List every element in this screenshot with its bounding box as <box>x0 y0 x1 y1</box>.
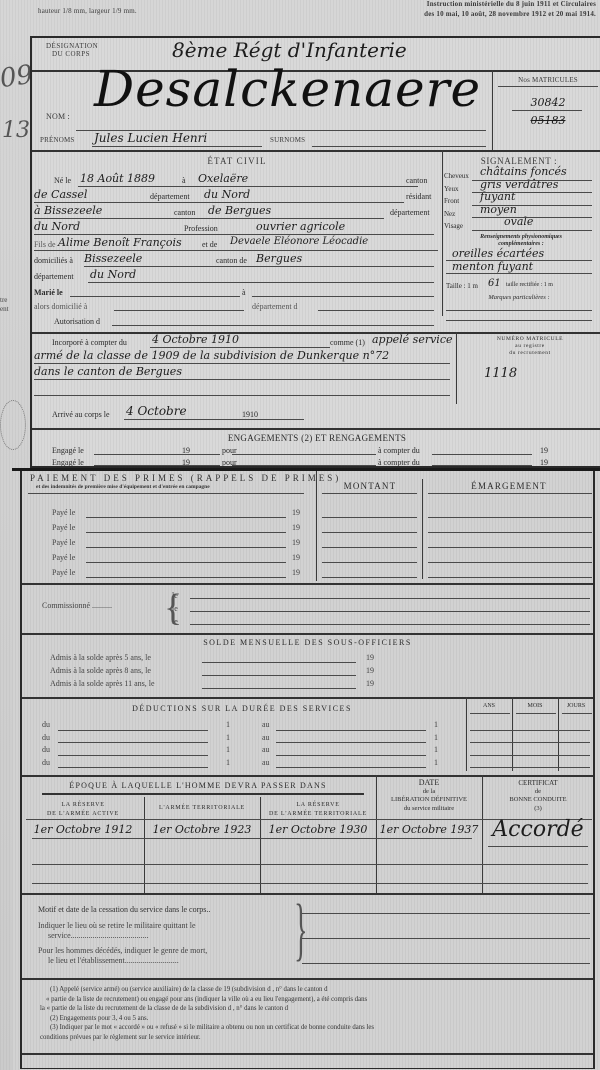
divider <box>22 633 593 635</box>
col1-label-1: LA RÉSERVE <box>22 801 144 810</box>
year: 1 <box>434 719 438 732</box>
surnoms-label: SURNOMS <box>270 136 305 144</box>
line <box>470 730 590 731</box>
line <box>232 454 376 455</box>
line <box>470 742 590 743</box>
line <box>472 205 592 206</box>
profession-value: ouvrier agricole <box>256 220 345 233</box>
divider <box>422 479 423 579</box>
line <box>472 217 592 218</box>
brace-icon: { <box>164 589 182 627</box>
canton-label-2: canton <box>174 208 195 217</box>
primes-title: PAIEMENT DES PRIMES (Rappels de primes) <box>30 473 341 483</box>
lieu-label-2: service.................................… <box>38 931 196 941</box>
divider <box>22 1053 593 1055</box>
signalement-values: châtains foncés gris verdâtres fuyant mo… <box>480 166 567 229</box>
taille-value: 61 <box>488 278 501 289</box>
designation-label-1: DÉSIGNATION <box>46 42 96 50</box>
line <box>86 577 286 578</box>
au-label: au <box>262 744 270 757</box>
matricule-label: Nos MATRICULES <box>494 76 600 84</box>
line <box>86 532 286 533</box>
ne-line <box>78 186 418 187</box>
note-1c: la « partie de la liste du recrutement d… <box>40 1004 590 1014</box>
et-de-label: et de <box>202 240 217 249</box>
paye-label: Payé le <box>52 538 75 547</box>
line <box>58 730 208 731</box>
paye-label: Payé le <box>52 523 75 532</box>
date-label: DATE de la LIBÉRATION DÉFINITIVE du serv… <box>376 779 482 813</box>
pour-label: pour <box>222 457 237 469</box>
line <box>318 310 434 311</box>
line <box>276 767 426 768</box>
arrive-label: Arrivé au corps le <box>52 410 110 419</box>
line <box>428 532 592 533</box>
engagement-row: Engagé le 19 pour à compter du 19 <box>52 457 592 469</box>
margin-stamp: tre ent <box>0 296 9 314</box>
year: 19 <box>540 457 548 469</box>
line <box>446 310 592 311</box>
brace-icon: } <box>294 895 307 965</box>
year: 1 <box>226 719 230 732</box>
matricule-1: 30842 <box>494 96 600 109</box>
divider <box>32 428 600 430</box>
pere-value: Alime Benoît François <box>58 236 182 249</box>
line <box>302 913 590 914</box>
departement-label-4: département d <box>252 302 298 311</box>
note-1b: « partie de la liste de recrutement) ou … <box>40 995 590 1005</box>
line <box>190 624 590 625</box>
line <box>34 202 404 203</box>
departement-label: département <box>150 192 190 201</box>
yeux-label: Yeux <box>444 183 469 196</box>
year: 1 <box>226 732 230 745</box>
du-label: du <box>42 720 50 729</box>
nom-label: NOM : <box>46 112 70 121</box>
header-right-note-2: des 10 mai, 10 août, 28 novembre 1912 et… <box>424 10 596 18</box>
col2-label: L'ARMÉE TERRITORIALE <box>144 805 260 811</box>
line <box>472 180 592 181</box>
line <box>86 562 286 563</box>
line <box>446 273 592 274</box>
line <box>114 310 244 311</box>
ans-label: ANS <box>466 703 512 709</box>
emargement-label: ÉMARGEMENT <box>424 481 594 491</box>
line <box>252 296 434 297</box>
canton-label-3: canton de <box>216 256 247 265</box>
line <box>428 577 592 578</box>
year: 19 <box>182 457 190 469</box>
line <box>202 662 356 663</box>
departement-label-3: département <box>34 272 74 281</box>
line <box>70 296 240 297</box>
date-value: 1er Octobre 1937 <box>376 823 482 836</box>
divider <box>22 978 593 980</box>
line <box>302 938 590 939</box>
note-2: (2) Engagements pour 3, 4 ou 5 ans. <box>40 1014 590 1024</box>
line <box>150 347 330 348</box>
epoque-title: ÉPOQUE À LAQUELLE L'HOMME DEVRA PASSER D… <box>22 781 374 790</box>
domicilies-label: domiciliés à <box>34 256 73 265</box>
line <box>446 320 592 321</box>
a-label: à <box>182 176 186 185</box>
certificat-label-2: de <box>482 788 594 797</box>
margin-number-mid: 13 <box>2 118 30 143</box>
date-label-2: de la <box>376 788 482 797</box>
line <box>34 395 450 396</box>
a-label-2: à <box>242 288 246 297</box>
year: 1 <box>226 744 230 757</box>
line <box>34 218 384 219</box>
line <box>86 547 286 548</box>
col3-label-1: LA RÉSERVE <box>260 801 376 810</box>
complement-label-1: Renseignements physionomiques <box>446 234 596 241</box>
solde-title: SOLDE MENSUELLE DES SOUS-OFFICIERS <box>22 638 593 647</box>
deductions-rows: du1au1 du1au1 du1au1 du1au1 <box>42 719 462 769</box>
departement-naissance: du Nord <box>204 188 250 201</box>
certificat-label-4: (3) <box>482 805 594 814</box>
departement-residence: du Nord <box>34 220 80 233</box>
divider <box>22 583 593 585</box>
line <box>302 963 590 964</box>
du-label: du <box>42 758 50 767</box>
line <box>94 465 220 466</box>
du-label: du <box>42 745 50 754</box>
line <box>432 465 532 466</box>
line <box>202 688 356 689</box>
line <box>322 577 417 578</box>
col1-label-2: DE L'ARMÉE ACTIVE <box>22 810 144 819</box>
line <box>58 755 208 756</box>
resident-label: résidant <box>406 192 431 201</box>
domicile-value: Bissezeele <box>84 252 142 265</box>
solde-rows: Admis à la solde après 5 ans, le19 Admis… <box>50 651 410 690</box>
year: 19 <box>292 535 300 550</box>
line <box>34 250 438 251</box>
document-page: hauteur 1/8 mm, largeur 1/9 mm. Instruct… <box>0 0 600 1070</box>
line <box>84 266 434 267</box>
line <box>488 846 588 847</box>
incorpore-date: 4 Octobre 1910 <box>152 333 239 346</box>
divider <box>442 150 443 316</box>
registre-label-2: au registre <box>458 343 600 350</box>
col3-label: LA RÉSERVE DE L'ARMÉE TERRITORIALE <box>260 801 376 819</box>
date-label-1: DATE <box>376 779 482 788</box>
certificat-label-1: CERTIFICAT <box>482 779 594 788</box>
header-left-note: hauteur 1/8 mm, largeur 1/9 mm. <box>38 7 137 15</box>
col3-value: 1er Octobre 1930 <box>260 823 376 836</box>
col2-value: 1er Octobre 1923 <box>144 823 260 836</box>
col1-value: 1er Octobre 1912 <box>22 823 144 836</box>
line <box>86 517 286 518</box>
year: 1 <box>226 757 230 770</box>
ne-le-label: Né le <box>54 176 71 185</box>
col3-label-2: DE L'ARMÉE TERRITORIALE <box>260 810 376 819</box>
taille-label: Taille : 1 m <box>446 282 478 290</box>
paye-label: Payé le <box>52 568 75 577</box>
bottom-frame: PAIEMENT DES PRIMES (Rappels de primes) … <box>20 471 595 1069</box>
year: 19 <box>292 565 300 580</box>
line <box>472 192 592 193</box>
mois-label: MOIS <box>512 703 558 709</box>
registre-label: NUMÉRO MATRICULE au registre du recrutem… <box>458 336 600 357</box>
divider <box>492 70 493 150</box>
line <box>428 493 592 494</box>
line <box>190 598 590 599</box>
paye-label: Payé le <box>52 553 75 562</box>
canton-naissance: de Cassel <box>34 188 87 201</box>
engage-label: Engagé le <box>52 446 84 455</box>
motif-label: Motif et date de la cessation du service… <box>38 905 210 914</box>
year: 19 <box>366 677 374 690</box>
fils-label: Fils de <box>34 240 56 249</box>
line <box>58 767 208 768</box>
ne-le-value: 18 Août 1889 <box>80 172 155 185</box>
line <box>32 883 588 884</box>
line <box>432 454 532 455</box>
canton-residence: de Bergues <box>208 204 271 217</box>
line <box>112 325 434 326</box>
divider <box>22 775 593 777</box>
matricule-2: 05183 <box>494 114 600 127</box>
canton-label: canton <box>406 176 427 185</box>
incorporation-line-2: armé de la classe de 1909 de la subdivis… <box>34 349 389 362</box>
arrive-year: 1910 <box>242 410 258 419</box>
engagements-title: ENGAGEMENTS (2) ET RENGAGEMENTS <box>32 433 600 443</box>
lieu-naissance: Oxelaëre <box>198 172 248 185</box>
line <box>276 742 426 743</box>
arrive-date: 4 Octobre <box>126 404 187 418</box>
line <box>34 234 434 235</box>
line <box>34 379 450 380</box>
prenoms-value: Jules Lucien Henri <box>94 131 207 145</box>
comme-value: appelé service <box>372 333 453 346</box>
incorpore-label: Incorporé à compter du <box>52 338 127 347</box>
comme-label: comme (1) <box>330 338 365 347</box>
autorisation-label: Autorisation d <box>54 317 100 326</box>
deces-label-1: Pour les hommes décédés, indiquer le gen… <box>38 946 207 956</box>
divider <box>498 86 598 87</box>
line <box>124 419 304 420</box>
year: 19 <box>366 651 374 664</box>
au-label: au <box>262 719 270 732</box>
complement-label: Renseignements physionomiques complément… <box>446 234 596 248</box>
note-1a: (1) Appelé (service armé) ou (service au… <box>40 985 590 995</box>
line <box>276 730 426 731</box>
line <box>470 755 590 756</box>
prenoms-line <box>92 146 262 147</box>
incorporation-line-3: dans le canton de Bergues <box>34 365 182 378</box>
complement-1: oreilles écartées <box>452 247 544 260</box>
date-label-4: du service militaire <box>376 805 482 814</box>
canton-domicile: Bergues <box>256 252 302 265</box>
jours-label: JOURS <box>558 703 594 709</box>
line <box>276 755 426 756</box>
top-sheet: DÉSIGNATION DU CORPS 8ème Régt d'Infante… <box>30 36 600 468</box>
designation-label-2: DU CORPS <box>46 50 96 58</box>
footnotes: (1) Appelé (service armé) ou (service au… <box>40 985 590 1042</box>
divider <box>456 332 457 404</box>
visage-label: Visage <box>444 220 469 233</box>
residence: à Bissezeele <box>34 204 102 217</box>
line <box>322 532 417 533</box>
col1-label: LA RÉSERVE DE L'ARMÉE ACTIVE <box>22 801 144 819</box>
au-label: au <box>262 757 270 770</box>
commissionne-label: Commissionné .......... <box>42 601 112 610</box>
year: 1 <box>434 732 438 745</box>
complement-2: menton fuyant <box>452 260 533 273</box>
line <box>232 465 376 466</box>
line <box>562 713 592 714</box>
cheveux-value: châtains foncés <box>480 166 567 179</box>
deces-label-2: le lieu et l'établissement..............… <box>38 956 207 966</box>
divider <box>144 797 145 893</box>
departement-label-2: département <box>390 208 430 217</box>
line <box>470 767 590 768</box>
divider <box>32 332 600 334</box>
year: 1 <box>434 757 438 770</box>
registre-number: 1118 <box>484 366 517 381</box>
front-label: Front <box>444 195 469 208</box>
alors-domicilie-label: alors domicilié à <box>34 302 87 311</box>
line <box>58 742 208 743</box>
divider <box>32 150 600 152</box>
designation-label: DÉSIGNATION DU CORPS <box>46 42 96 58</box>
registre-label-1: NUMÉRO MATRICULE <box>458 336 600 343</box>
marie-label: Marié le <box>34 288 63 297</box>
header-right-note-1: Instruction ministérielle du 8 juin 1911… <box>427 0 596 8</box>
line <box>28 493 304 494</box>
line <box>32 838 472 839</box>
line <box>428 547 592 548</box>
line <box>42 793 364 795</box>
compter-label: à compter du <box>378 457 420 469</box>
corps-name: 8ème Régt d'Infanterie <box>172 38 407 62</box>
date-label-3: LIBÉRATION DÉFINITIVE <box>376 796 482 805</box>
line <box>428 517 592 518</box>
line <box>322 493 417 494</box>
certificat-label: CERTIFICAT de BONNE CONDUITE (3) <box>482 779 594 813</box>
certificat-value: Accordé <box>482 817 594 842</box>
marques-label: Marques particulières : <box>446 294 592 301</box>
solde-label: Admis à la solde après 5 ans, le <box>50 653 151 662</box>
montant-label: MONTANT <box>318 481 422 491</box>
deductions-title: DÉDUCTIONS SUR LA DURÉE DES SERVICES <box>22 704 462 713</box>
lieu-label: Indiquer le lieu où se retire le militai… <box>38 921 196 941</box>
line <box>202 675 356 676</box>
line <box>470 713 510 714</box>
primes-subtitle: et des indemnités de première mise d'équ… <box>36 484 210 490</box>
line <box>428 562 592 563</box>
nom-value: Desalckenaere <box>94 60 481 118</box>
lieu-label-1: Indiquer le lieu où se retire le militai… <box>38 921 196 931</box>
year: 19 <box>540 445 548 457</box>
line <box>472 230 592 231</box>
au-label: au <box>262 732 270 745</box>
line <box>516 713 556 714</box>
year: 19 <box>292 550 300 565</box>
surnoms-line <box>312 146 486 147</box>
prenoms-label: PRÉNOMS <box>40 136 74 144</box>
line <box>322 517 417 518</box>
etat-civil-title: ÉTAT CIVIL <box>32 156 442 166</box>
note-3b: conditions prévues par le règlement sur … <box>40 1033 590 1043</box>
solde-label: Admis à la solde après 8 ans, le <box>50 666 151 675</box>
cheveux-label: Cheveux <box>444 170 469 183</box>
divider <box>512 110 582 111</box>
line <box>322 562 417 563</box>
line <box>88 282 434 283</box>
taille-rectifiee-label: taille rectifiée : 1 m <box>506 282 553 288</box>
margin-seal-icon <box>0 400 26 450</box>
year: 19 <box>366 664 374 677</box>
line <box>32 864 588 865</box>
solde-label: Admis à la solde après 11 ans, le <box>50 679 155 688</box>
note-3a: (3) Indiquer par le mot « accordé » ou «… <box>40 1023 590 1033</box>
compter-label: à compter du <box>378 445 420 457</box>
certificat-label-3: BONNE CONDUITE <box>482 796 594 805</box>
line <box>446 260 592 261</box>
paye-label: Payé le <box>52 508 75 517</box>
deces-label: Pour les hommes décédés, indiquer le gen… <box>38 946 207 966</box>
mere-value: Devaele Eléonore Léocadie <box>230 236 368 247</box>
signalement-labels: Cheveux Yeux Front Nez Visage <box>444 170 469 233</box>
profession-label: Profession <box>184 224 218 233</box>
departement-domicile: du Nord <box>90 268 136 281</box>
year: 19 <box>292 505 300 520</box>
bottom-sheet: PAIEMENT DES PRIMES (Rappels de primes) … <box>12 468 600 1070</box>
line <box>34 363 450 364</box>
du-label: du <box>42 733 50 742</box>
engage-label: Engagé le <box>52 458 84 467</box>
line <box>322 547 417 548</box>
line <box>94 454 220 455</box>
year: 1 <box>434 744 438 757</box>
line <box>190 611 590 612</box>
registre-label-3: du recrutement <box>458 350 600 357</box>
divider <box>22 697 593 699</box>
nez-label: Nez <box>444 208 469 221</box>
year: 19 <box>292 520 300 535</box>
